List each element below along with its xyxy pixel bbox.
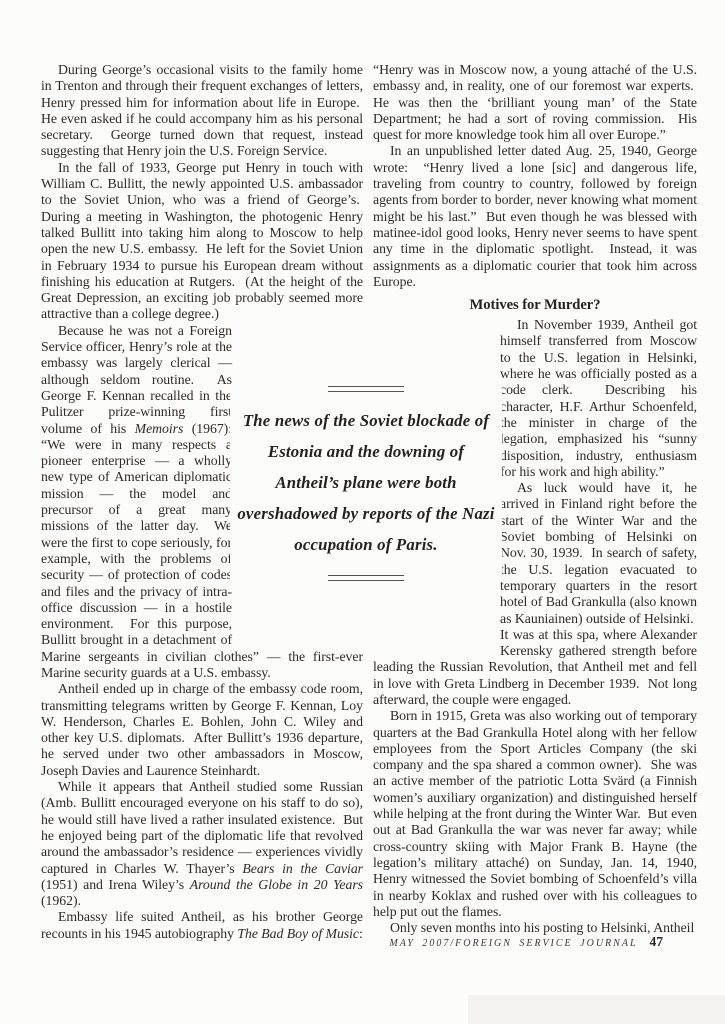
paragraph: In an unpublished letter dated Aug. 25, … xyxy=(373,143,697,290)
scan-edge-shadow xyxy=(468,995,725,1024)
page-footer: MAY 2007/FOREIGN SERVICE JOURNAL 47 xyxy=(389,934,663,950)
magazine-page: During George’s occasional visits to the… xyxy=(0,0,725,1024)
paragraph: “Henry was in Moscow now, a young attach… xyxy=(373,62,697,143)
paragraph: Born in 1915, Greta was also working out… xyxy=(373,708,697,920)
paragraph: During George’s occasional visits to the… xyxy=(41,62,363,160)
footer-journal-title: MAY 2007/FOREIGN SERVICE JOURNAL xyxy=(389,938,637,949)
paragraph: Antheil ended up in charge of the embass… xyxy=(41,681,363,779)
double-rule-bottom xyxy=(328,575,404,581)
section-heading: Motives for Murder? xyxy=(373,297,697,314)
paragraph: Embassy life suited Antheil, as his brot… xyxy=(41,909,363,942)
pull-quote-text: The news of the Soviet blockade of Eston… xyxy=(234,405,498,560)
paragraph: While it appears that Antheil studied so… xyxy=(41,779,363,909)
pull-quote: The news of the Soviet blockade of Eston… xyxy=(230,386,502,581)
double-rule-top xyxy=(328,386,404,392)
footer-page-number: 47 xyxy=(650,934,664,950)
paragraph: In the fall of 1933, George put Henry in… xyxy=(41,160,363,323)
